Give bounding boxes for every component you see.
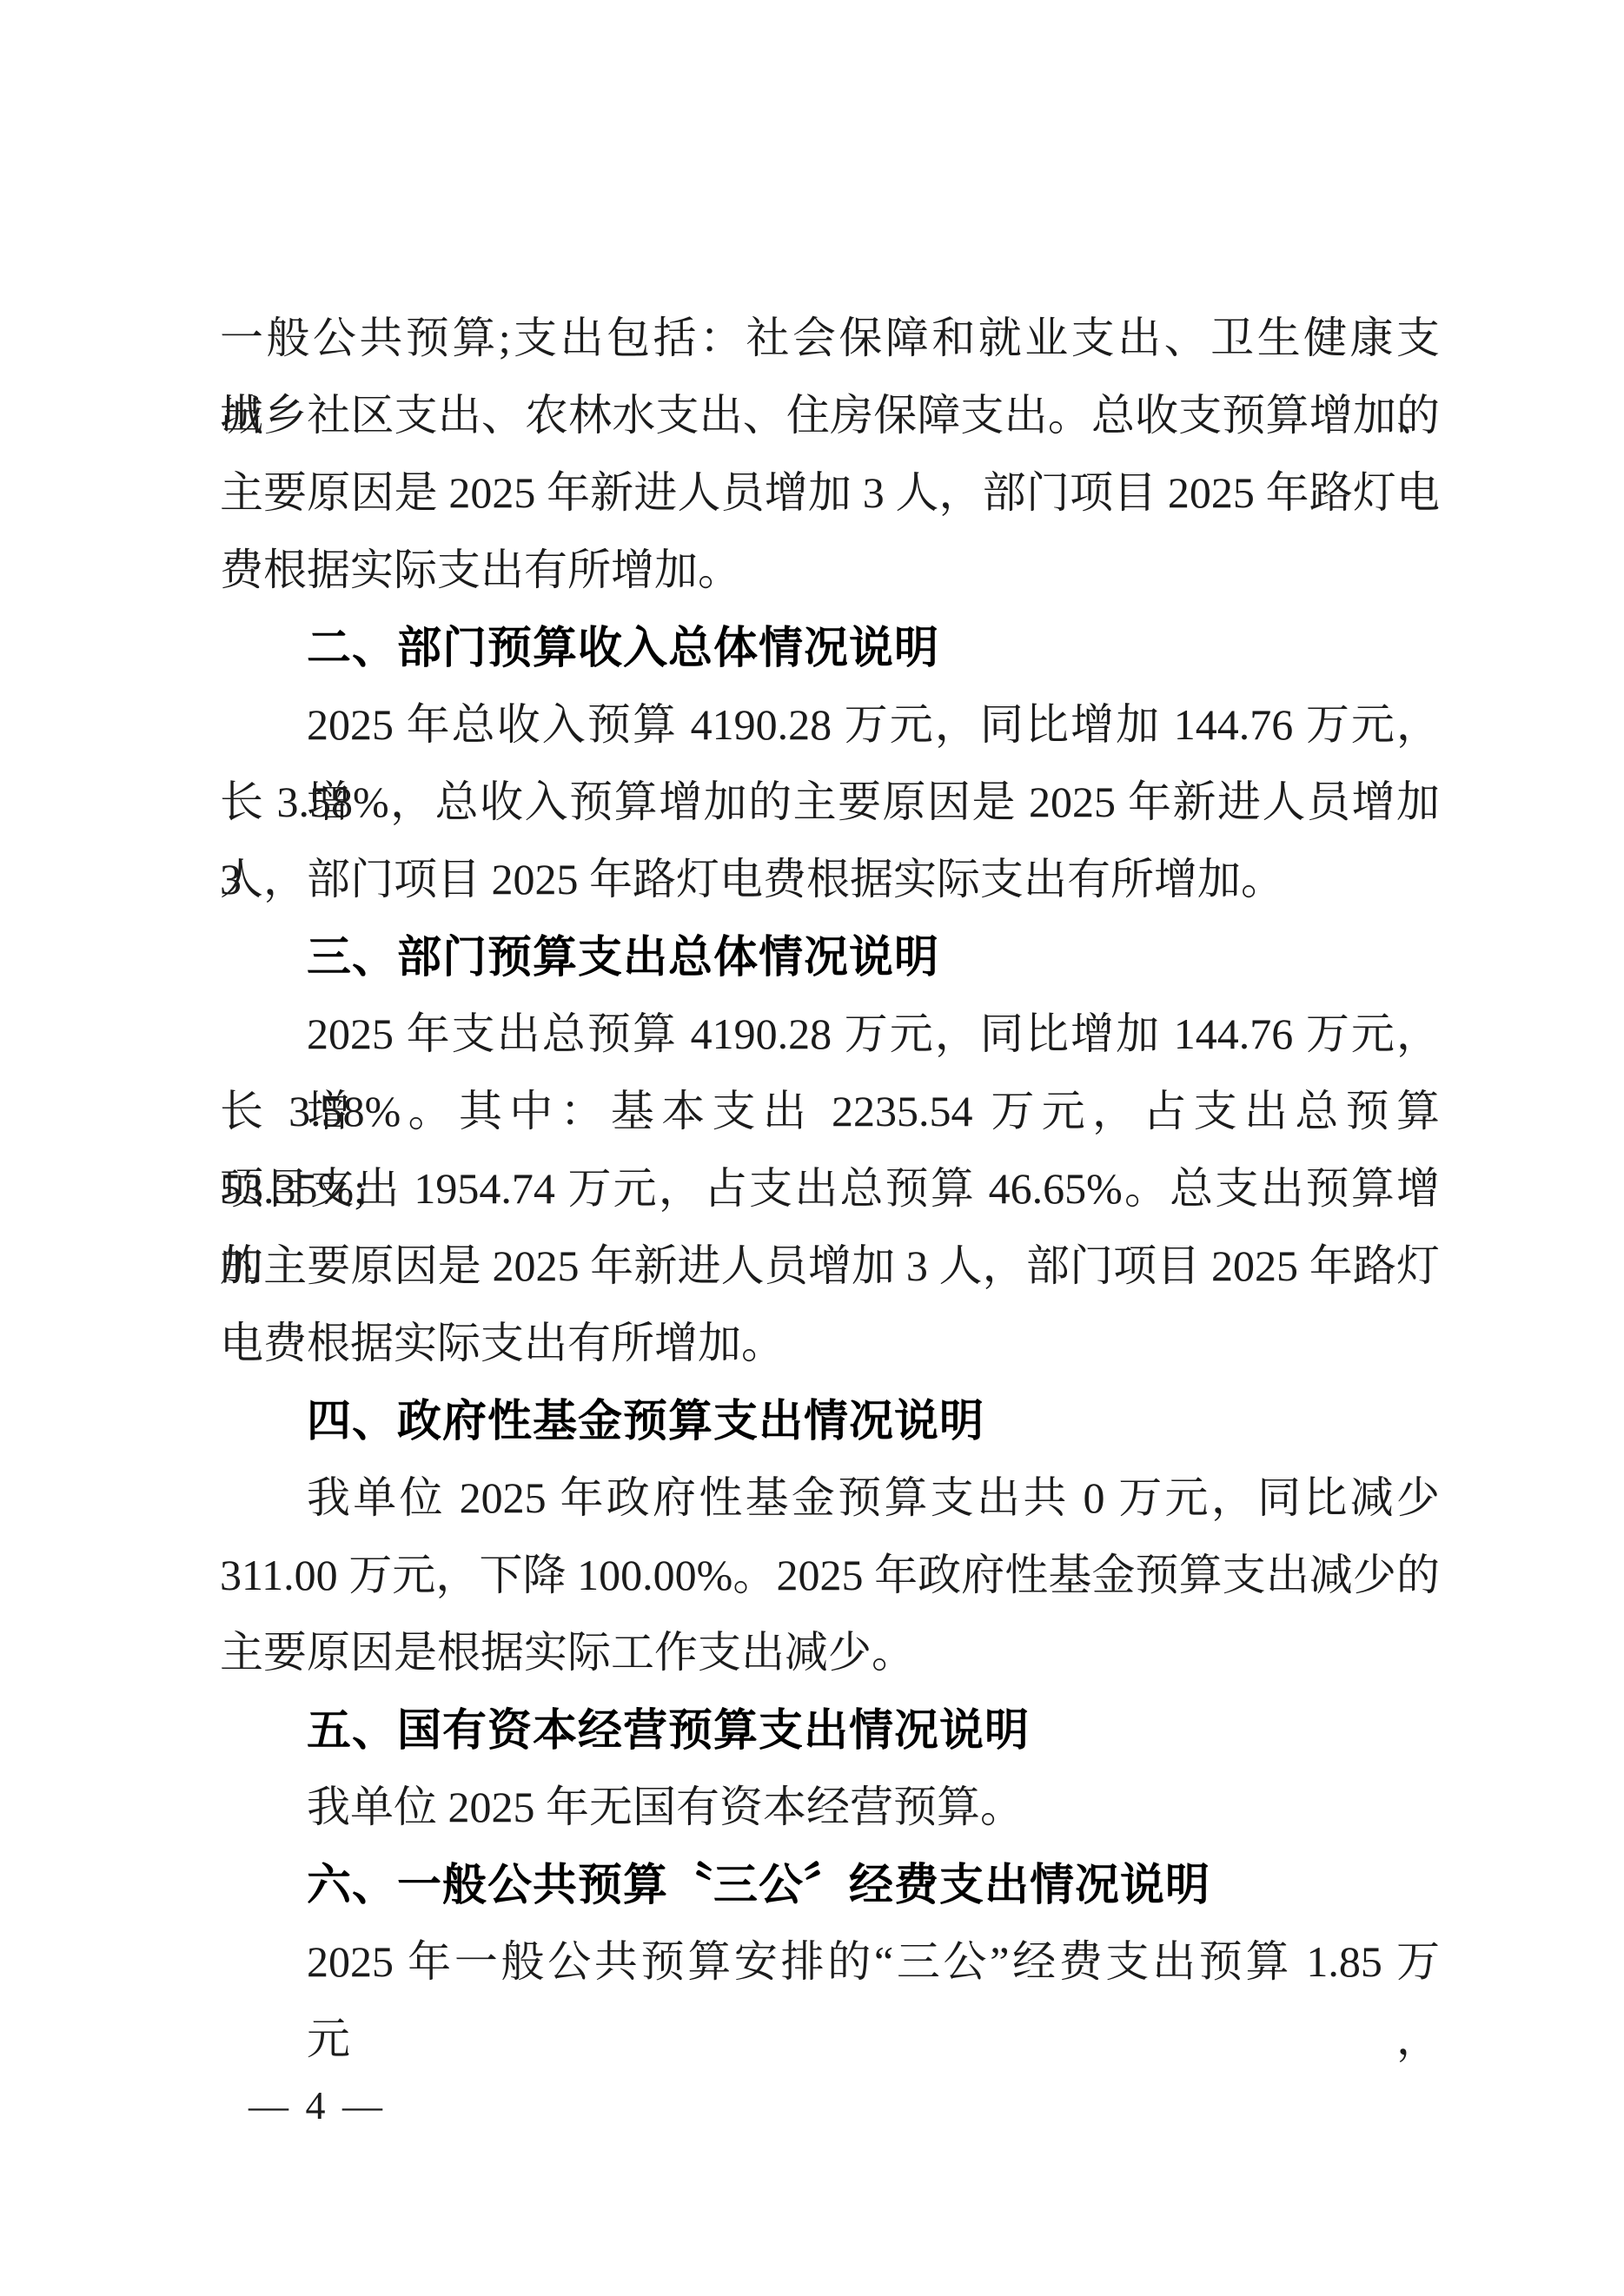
text-line: 长 3.58%。其中：基本支出 2235.54 万元，占支出总预算 53.35%… bbox=[220, 1073, 1440, 1150]
text-line: 项目支出 1954.74 万元，占支出总预算 46.65%。总支出预算增加 bbox=[220, 1150, 1440, 1227]
text-line: 2025 年一般公共预算安排的“三公”经费支出预算 1.85 万元， bbox=[220, 1923, 1440, 2001]
text-line: 人，部门项目 2025 年路灯电费根据实际支出有所增加。 bbox=[220, 841, 1440, 918]
text-line: 2025 年总收入预算 4190.28 万元，同比增加 144.76 万元，增 bbox=[220, 686, 1440, 764]
document-page: 一般公共预算;支出包括：社会保障和就业支出、卫生健康支出、 城乡社区支出、农林水… bbox=[0, 0, 1624, 2296]
text-line: 主要原因是 2025 年新进人员增加 3 人，部门项目 2025 年路灯电 bbox=[220, 454, 1440, 532]
text-line: 我单位 2025 年政府性基金预算支出共 0 万元，同比减少 bbox=[220, 1459, 1440, 1537]
text-line: 311.00 万元，下降 100.00%。2025 年政府性基金预算支出减少的 bbox=[220, 1537, 1440, 1614]
page-number: — 4 — bbox=[249, 2083, 386, 2128]
text-line: 主要原因是根据实际工作支出减少。 bbox=[220, 1614, 1440, 1691]
text-line: 的主要原因是 2025 年新进人员增加 3 人，部门项目 2025 年路灯 bbox=[220, 1227, 1440, 1305]
text-line: 2025 年支出总预算 4190.28 万元，同比增加 144.76 万元，增 bbox=[220, 996, 1440, 1073]
page-body-text: 一般公共预算;支出包括：社会保障和就业支出、卫生健康支出、 城乡社区支出、农林水… bbox=[220, 300, 1440, 2001]
section-heading: 三、部门预算支出总体情况说明 bbox=[220, 918, 1440, 996]
section-heading: 四、政府性基金预算支出情况说明 bbox=[220, 1382, 1440, 1459]
text-line: 一般公共预算;支出包括：社会保障和就业支出、卫生健康支出、 bbox=[220, 300, 1440, 377]
text-line: 电费根据实际支出有所增加。 bbox=[220, 1305, 1440, 1382]
section-heading: 五、国有资本经营预算支出情况说明 bbox=[220, 1691, 1440, 1769]
text-line: 我单位 2025 年无国有资本经营预算。 bbox=[220, 1769, 1440, 1846]
text-line: 费根据实际支出有所增加。 bbox=[220, 532, 1440, 609]
text-line: 城乡社区支出、农林水支出、住房保障支出。总收支预算增加的 bbox=[220, 377, 1440, 454]
section-heading: 二、部门预算收入总体情况说明 bbox=[220, 609, 1440, 686]
text-line: 长 3.58%，总收入预算增加的主要原因是 2025 年新进人员增加 3 bbox=[220, 764, 1440, 841]
section-heading: 六、一般公共预算〝三公〞经费支出情况说明 bbox=[220, 1846, 1440, 1923]
